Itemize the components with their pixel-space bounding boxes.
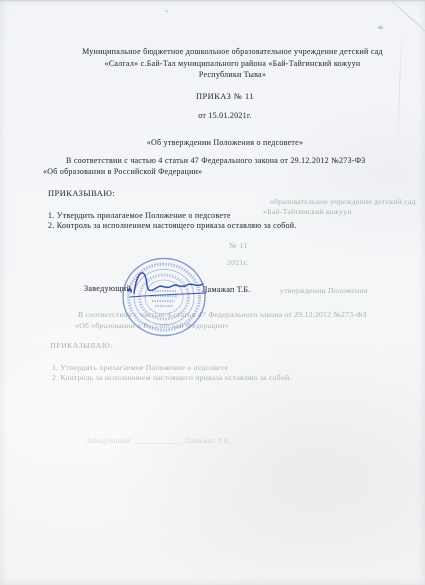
order-date: от 15.01.2021г. bbox=[0, 111, 425, 120]
bleedthrough-text: образовательное учреждение детский сад bbox=[270, 197, 416, 206]
preamble-line-1: В соответствии с частью 4 статьи 47 Феде… bbox=[66, 156, 366, 165]
preamble-line-2: «Об образовании в Российской Федерации» bbox=[43, 167, 202, 176]
paper-crease-vertical bbox=[397, 24, 403, 154]
scanned-document-page: образовательное учреждение детский сад «… bbox=[0, 0, 425, 585]
bleedthrough-text: «Бай-Тайгинский кожуун bbox=[263, 207, 352, 216]
org-name-line-1: Муниципальное бюджетное дошкольное образ… bbox=[14, 47, 425, 56]
order-title: ПРИКАЗ № 11 bbox=[0, 92, 425, 101]
handwritten-signature bbox=[112, 257, 252, 303]
ink-speck bbox=[165, 10, 168, 12]
signatory-role: Заведующий bbox=[84, 284, 131, 293]
bleedthrough-text: ПРИКАЗЫВАЮ: bbox=[50, 341, 113, 350]
org-name-line-3: Республики Тыва» bbox=[14, 70, 425, 79]
paper-top-edge bbox=[0, 0, 425, 2]
bleedthrough-text: 1. Утвердить прилагаемое Положение о пед… bbox=[52, 363, 228, 372]
bleedthrough-text: № 11 bbox=[229, 241, 248, 250]
signatory-name: Ламажап Т.Б. bbox=[202, 285, 250, 294]
bleedthrough-text: утверждении Положения bbox=[280, 286, 367, 295]
ink-speck bbox=[378, 26, 383, 29]
order-subject: «Об утверждении Положения о педсовете» bbox=[0, 138, 425, 147]
org-name-line-2: «Салгал» с.Бай-Тал муниципального района… bbox=[14, 59, 425, 68]
paper-crease-diagonal bbox=[380, 0, 425, 43]
bleedthrough-text: 2. Контроль за исполнением настоящего пр… bbox=[52, 373, 291, 382]
order-item-2: 2. Контроль за исполнением настоящего пр… bbox=[48, 221, 297, 230]
bleedthrough-text: Заведующий ____________ Ламажап Т.Б. bbox=[86, 436, 231, 445]
decree-word: ПРИКАЗЫВАЮ: bbox=[48, 189, 115, 198]
order-item-1: 1. Утвердить прилагаемое Положение о пед… bbox=[48, 211, 231, 220]
